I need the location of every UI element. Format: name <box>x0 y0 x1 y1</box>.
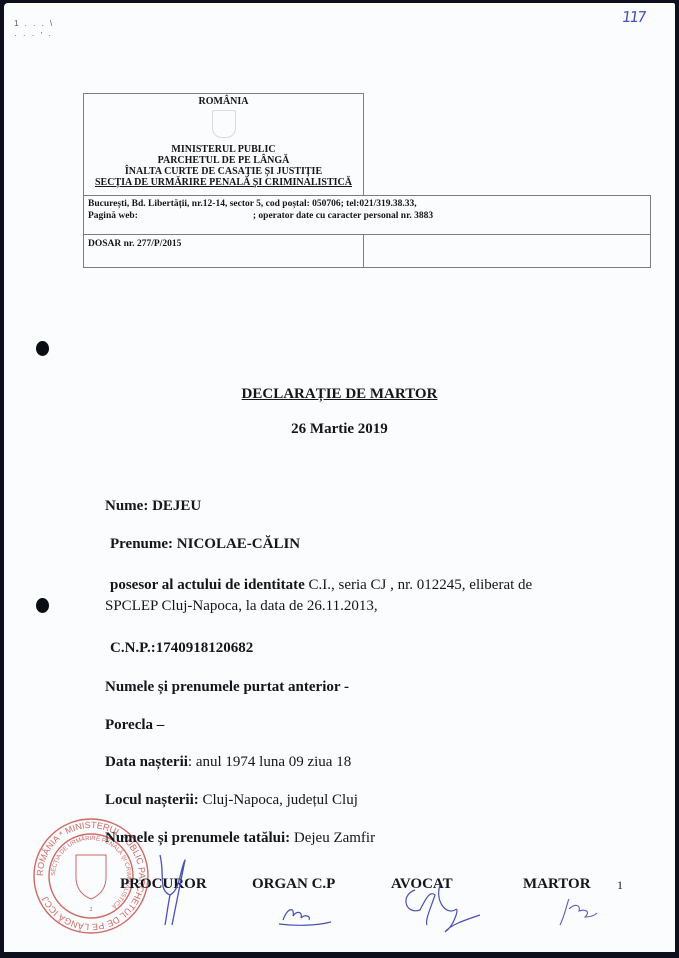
field-identity-cont: SPCLEP Cluj-Napoca, la data de 26.11.201… <box>105 598 378 615</box>
page-number: 1 <box>617 878 623 893</box>
field-cnp: C.N.P.:1740918120682 <box>110 640 253 657</box>
field-value: C.I., seria CJ , nr. 012245, eliberat de <box>305 577 532 593</box>
field-birth-place: Locul nașterii: Cluj-Napoca, județul Clu… <box>105 792 358 809</box>
field-label: Numele și prenumele tatălui: <box>105 830 290 846</box>
field-nume: Nume: DEJEU <box>105 498 201 515</box>
document-title-text: DECLARAȚIE DE MARTOR <box>242 386 438 402</box>
signature-avocat-icon <box>395 870 485 940</box>
field-value: DEJEU <box>152 498 201 514</box>
coat-of-arms-icon <box>212 110 236 138</box>
field-birth-date: Data nașterii: anul 1974 luna 09 ziua 18 <box>105 754 351 771</box>
svg-text:2: 2 <box>90 907 93 913</box>
scan-mark-2: · · · ' · <box>14 30 54 42</box>
institution-line: SECȚIA DE URMĂRIRE PENALĂ ȘI CRIMINALIST… <box>84 177 363 188</box>
field-label: C.N.P.: <box>110 640 156 656</box>
field-label: posesor al actului de identitate <box>110 577 305 593</box>
signature-organ-cp-icon <box>275 898 335 928</box>
institution-line: MINISTERUL PUBLIC <box>84 144 363 155</box>
field-value: Dejeu Zamfir <box>290 830 375 846</box>
institution-line: ÎNALTA CURTE DE CASAȚIE ȘI JUSTIȚIE <box>84 166 363 177</box>
punch-hole-icon <box>36 598 49 613</box>
field-nickname: Porecla – <box>105 717 164 734</box>
signature-label-martor: MARTOR <box>523 876 591 893</box>
field-value: NICOLAE-CĂLIN <box>177 536 300 552</box>
signature-martor-icon <box>555 895 600 930</box>
header-country: ROMÂNIA <box>84 96 363 107</box>
signature-label-organ-cp: ORGAN C.P <box>252 876 335 893</box>
field-label: Data nașterii <box>105 754 188 770</box>
field-value: Cluj-Napoca, județul Cluj <box>199 792 358 808</box>
header-institution-box: ROMÂNIA MINISTERUL PUBLIC PARCHETUL DE P… <box>83 93 364 196</box>
operator-text: ; operator date cu caracter personal nr.… <box>253 211 433 221</box>
field-value: : anul 1974 luna 09 ziua 18 <box>188 754 351 770</box>
punch-hole-icon <box>36 341 49 356</box>
field-value: 1740918120682 <box>156 640 254 656</box>
document-date: 26 Martie 2019 <box>0 421 679 438</box>
dosar-right-cell <box>363 234 651 268</box>
document-title: DECLARAȚIE DE MARTOR <box>0 386 679 403</box>
field-prenume: Prenume: NICOLAE-CĂLIN <box>110 536 300 553</box>
signature-procuror-icon <box>150 850 200 930</box>
field-label: Nume: <box>105 498 148 514</box>
institution-line: PARCHETUL DE PE LÂNGĂ <box>84 155 363 166</box>
field-label: Prenume: <box>110 536 173 552</box>
scan-mark-1: 1 . . . \ <box>14 18 54 30</box>
address-line: București, Bd. Libertății, nr.12-14, sec… <box>88 198 646 210</box>
scan-marks: 1 . . . \ · · · ' · <box>14 18 54 42</box>
handwritten-page-number: 117 <box>621 8 646 26</box>
dosar-number: DOSAR nr. 277/P/2015 <box>83 234 364 268</box>
field-previous-name: Numele și prenumele purtat anterior - <box>105 679 349 696</box>
header-address-box: București, Bd. Libertății, nr.12-14, sec… <box>83 195 651 235</box>
field-label: Locul nașterii: <box>105 792 199 808</box>
field-father-name: Numele și prenumele tatălui: Dejeu Zamfi… <box>105 830 375 847</box>
web-label: Pagină web: <box>88 211 138 221</box>
field-identity: posesor al actului de identitate C.I., s… <box>110 573 619 597</box>
